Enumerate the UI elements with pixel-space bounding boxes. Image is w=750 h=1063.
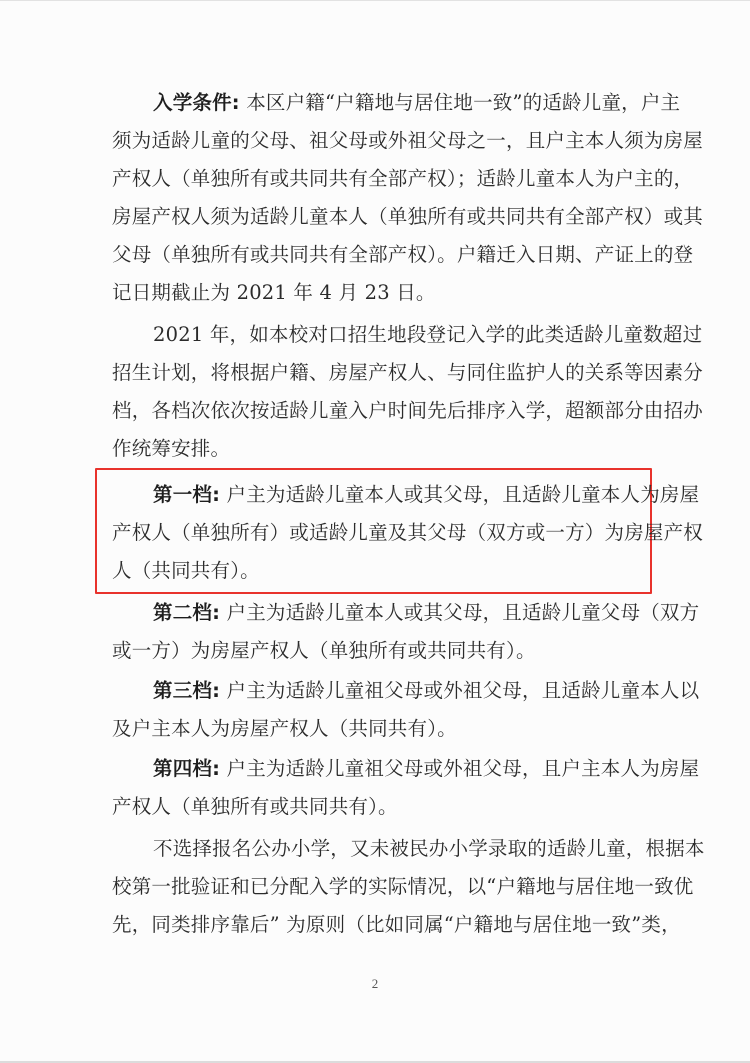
text-line: 不选择报名公办小学，又未被民办小学录取的适龄儿童，根据本 xyxy=(153,837,642,861)
text-line: 房屋产权人须为适龄儿童本人（单独所有或共同共有全部产权）或其 xyxy=(112,205,642,229)
document-page: 入学条件: 本区户籍“户籍地与居住地一致”的适龄儿童，户主 须为适龄儿童的父母、… xyxy=(0,0,750,1063)
text-line: 2021 年，如本校对口招生地段登记入学的此类适龄儿童数超过 xyxy=(153,323,642,347)
text-line: 第二档: 户主为适龄儿童本人或其父母，且适龄儿童父母（双方 xyxy=(153,601,642,625)
text-line: 记日期截止为 2021 年 4 月 23 日。 xyxy=(112,281,642,305)
page-number: 2 xyxy=(366,976,384,992)
text-line: 招生计划，将根据户籍、房屋产权人、与同住监护人的关系等因素分 xyxy=(112,361,642,385)
text-line: 第四档: 户主为适龄儿童祖父母或外祖父母，且户主本人为房屋 xyxy=(153,757,642,781)
text-line: 作统筹安排。 xyxy=(112,437,642,461)
text-line: 及户主本人为房屋产权人（共同共有）。 xyxy=(112,717,642,741)
text-line: 须为适龄儿童的父母、祖父母或外祖父母之一，且户主本人须为房屋 xyxy=(112,129,642,153)
text-line: 档，各档次依次按适龄儿童入户时间先后排序入学，超额部分由招办 xyxy=(112,399,642,423)
text-line: 父母（单独所有或共同共有全部产权）。户籍迁入日期、产证上的登 xyxy=(112,243,642,267)
text-line: 第一档: 户主为适龄儿童本人或其父母，且适龄儿童本人为房屋 xyxy=(153,483,642,507)
text-line: 人（共同共有）。 xyxy=(112,559,642,583)
admission-label: 入学条件: xyxy=(153,91,240,114)
text-line: 产权人（单独所有）或适龄儿童及其父母（双方或一方）为房屋产权 xyxy=(112,521,642,545)
text-line: 或一方）为房屋产权人（单独所有或共同共有）。 xyxy=(112,639,642,663)
text-line: 入学条件: 本区户籍“户籍地与居住地一致”的适龄儿童，户主 xyxy=(153,91,642,115)
text-line: 校第一批验证和已分配入学的实际情况，以“户籍地与居住地一致优 xyxy=(112,875,642,899)
tier3-label: 第三档: xyxy=(153,679,220,702)
text-line: 先，同类排序靠后” 为原则（比如同属“户籍地与居住地一致”类， xyxy=(112,913,642,937)
tier4-label: 第四档: xyxy=(153,757,220,780)
text-line: 第三档: 户主为适龄儿童祖父母或外祖父母，且适龄儿童本人以 xyxy=(153,679,642,703)
text-line: 产权人（单独所有或共同共有全部产权）；适龄儿童本人为户主的， xyxy=(112,167,642,191)
tier1-label: 第一档: xyxy=(153,483,220,506)
text-line: 产权人（单独所有或共同共有）。 xyxy=(112,795,642,819)
tier2-label: 第二档: xyxy=(153,601,220,624)
